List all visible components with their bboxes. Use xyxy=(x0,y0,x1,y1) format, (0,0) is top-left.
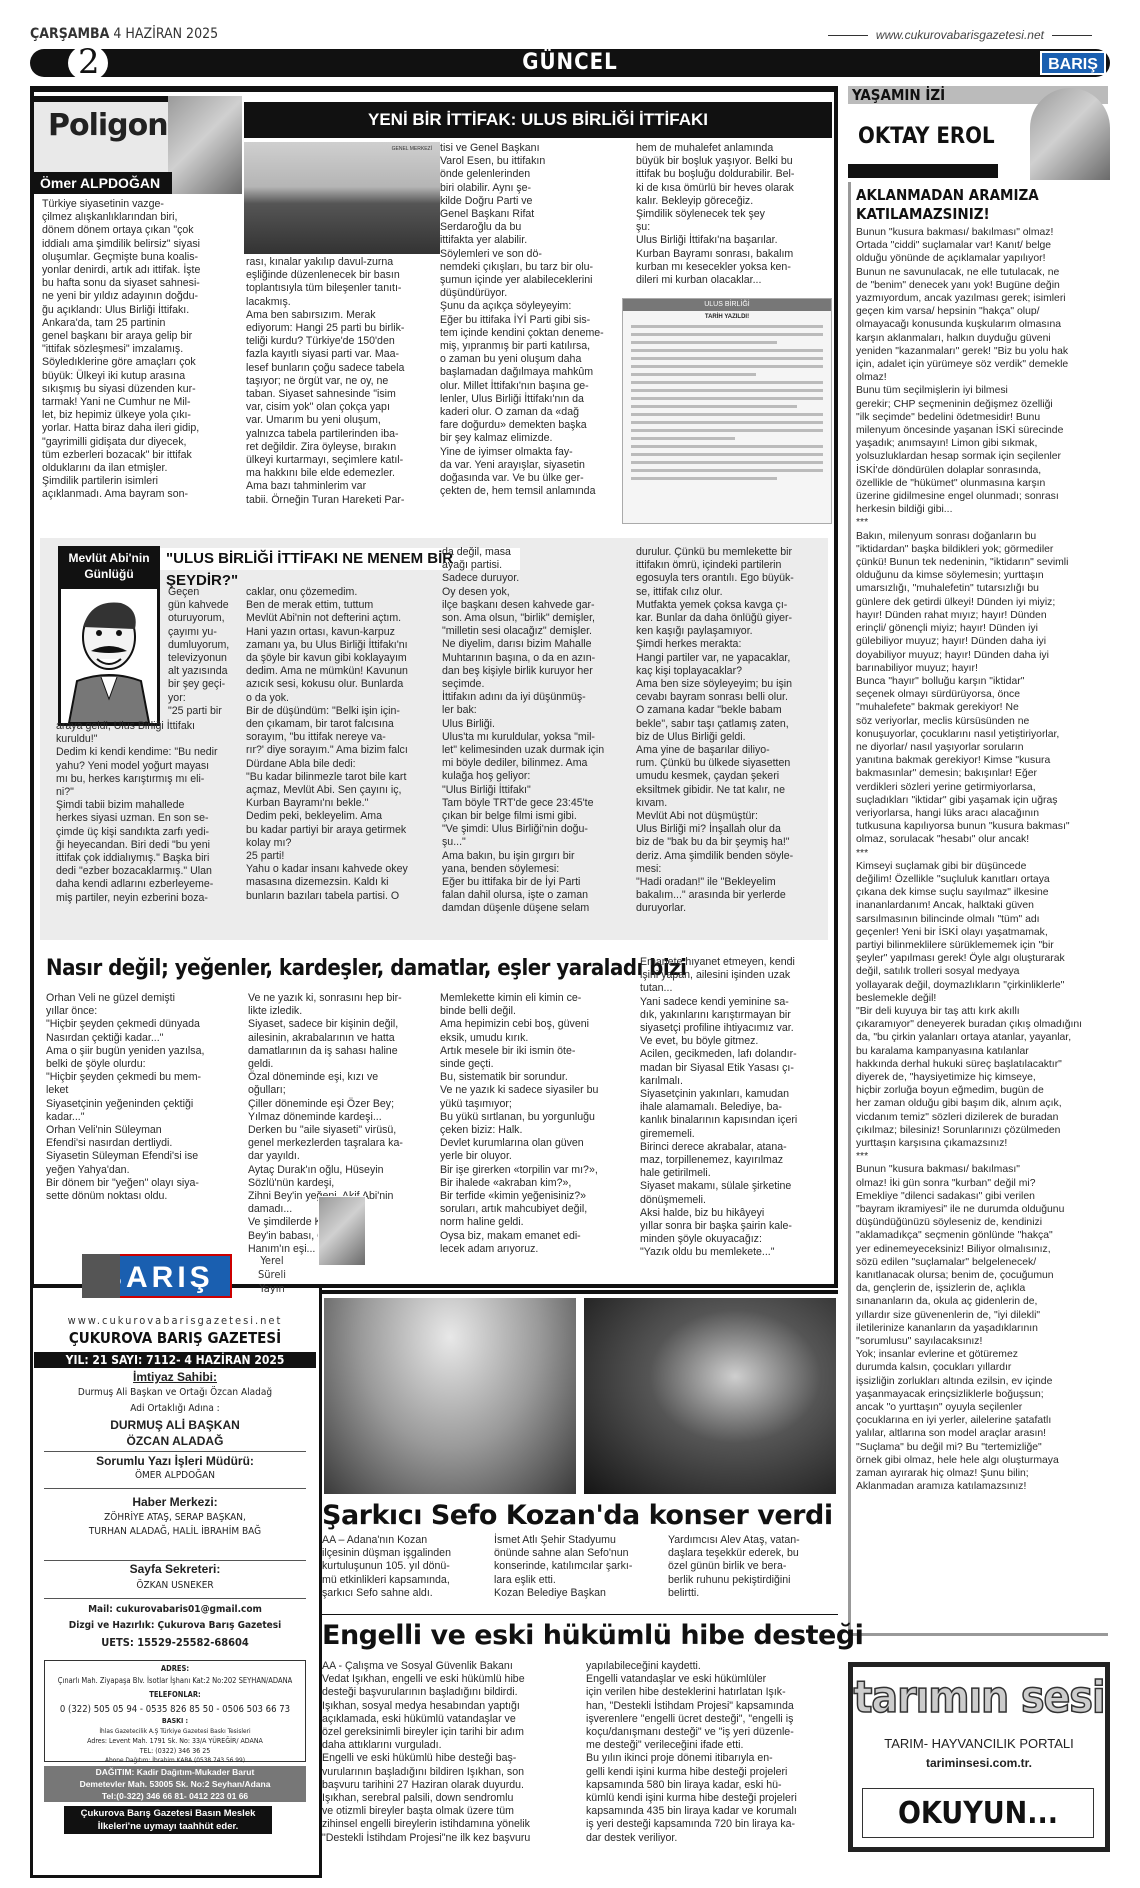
secretary-name: ÖZKAN USNEKER xyxy=(30,1580,320,1591)
divider xyxy=(44,1560,306,1561)
principles-banner: Çukurova Barış Gazetesi Basın Meslekİlke… xyxy=(64,1806,272,1834)
owner-line: Durmuş Ali Başkan ve Ortağı Özcan Aladağ xyxy=(30,1387,320,1398)
website-link[interactable]: www.cukurovabarisgazetesi.net xyxy=(30,1314,320,1327)
article-text: Türkiye siyasetinin vazge- çilmez alışka… xyxy=(42,198,240,502)
article-text: araya geldi, Ulus Birliği İttifakı kurul… xyxy=(56,720,252,905)
mail-link[interactable]: Mail: cukurovabaris01@gmail.com xyxy=(30,1604,320,1615)
article-text: Yardımcısı Alev Ataş, vatan- daşlara teş… xyxy=(668,1534,838,1600)
article-text: yapılabileceğini kaydetti. Engelli vatan… xyxy=(586,1660,838,1845)
politician-photo xyxy=(318,1196,366,1266)
news-names: ZÖHRİYE ATAŞ, SERAP BAŞKAN, xyxy=(30,1512,320,1523)
article-text: da değil, masa ayağı partisi. Sadece dur… xyxy=(442,546,638,916)
article-text: AA - Çalışma ve Sosyal Güvenlik Bakanı V… xyxy=(322,1660,574,1845)
secretary-label: Sayfa Sekreteri: xyxy=(30,1562,320,1576)
subscription: Abone Dağıtım: İbrahim KARA (0538 743 56… xyxy=(30,1756,320,1764)
cartoon-illustration xyxy=(58,586,160,726)
uets-code: UETS: 15529-25582-68604 xyxy=(30,1636,320,1649)
owner-label: İmtiyaz Sahibi: xyxy=(30,1370,320,1384)
author-bar xyxy=(848,164,998,178)
ad-subtitle: TARIM- HAYVANCILIK PORTALI xyxy=(852,1736,1106,1751)
owner-name: ÖZCAN ALADAĞ xyxy=(30,1434,320,1448)
article-headline: Nasır değil; yeğenler, kardeşler, damatl… xyxy=(46,956,686,981)
section-title: GÜNCEL xyxy=(0,50,1140,75)
divider xyxy=(44,1451,306,1452)
article-text: Memlekette kimin eli kimin ce- binde bel… xyxy=(440,992,636,1256)
concert-photo-2 xyxy=(584,1298,836,1494)
author-photo xyxy=(1030,88,1110,180)
print-address: Adres: Levent Mah. 1791 Sk. No: 33/A YÜR… xyxy=(30,1737,320,1745)
frame-top-rule xyxy=(30,86,838,92)
editor-label: Sorumlu Yazı İşleri Müdürü: xyxy=(30,1454,320,1468)
website-link[interactable]: www.cukurovabarisgazetesi.net xyxy=(820,28,1100,42)
document-title: ULUS BİRLİĞİ xyxy=(623,299,831,311)
mevlut-label: Mevlüt Abi'ninGünlüğü xyxy=(58,546,160,586)
divider xyxy=(322,1290,838,1294)
editor-name: ÖMER ALPDOĞAN xyxy=(30,1470,320,1481)
ad-cta[interactable]: OKUYUN... xyxy=(862,1788,1094,1838)
portrait-image xyxy=(82,1254,120,1298)
publication-type: Yerel Süreli Yayın xyxy=(258,1254,286,1296)
dizgi-info: Dizgi ve Hazırlık: Çukurova Barış Gazete… xyxy=(30,1620,320,1631)
baris-logo-small: BARIŞ xyxy=(1040,51,1106,75)
document-image: ULUS BİRLİĞİ TARİH YAZILDI! xyxy=(622,298,832,524)
news-names: TURHAN ALADAĞ, HALİL İBRAHİM BAĞ xyxy=(30,1526,320,1537)
owner-line: Adi Ortaklığı Adına : xyxy=(30,1403,320,1414)
address-label: ADRES: xyxy=(30,1664,320,1673)
article-headline: Şarkıcı Sefo Kozan'da konser verdi xyxy=(322,1500,833,1531)
article-text: hem de muhalefet anlamında büyük bir boş… xyxy=(636,142,832,287)
photo-caption: GENEL MERKEZİ xyxy=(392,146,432,152)
article-text: Emanete hıyanet etmeyen, kendi işini yap… xyxy=(640,956,836,1260)
group-photo: GENEL MERKEZİ xyxy=(244,142,440,254)
print-company: İhlas Gazetecilik A.Ş Türkiye Gazetesi B… xyxy=(30,1727,320,1735)
ad-title: tarımın sesi xyxy=(852,1672,1106,1723)
article-text: durulur. Çünkü bu memlekette bir ittifak… xyxy=(636,546,828,916)
news-label: Haber Merkezi: xyxy=(30,1495,320,1509)
divider xyxy=(322,1614,838,1615)
column-text: Bunun "kusura bakması/ bakılması" olmaz!… xyxy=(856,226,1112,1494)
column-name: Poligon xyxy=(48,108,168,143)
author-name: OKTAY EROL xyxy=(858,124,995,149)
concert-photo-1 xyxy=(324,1298,576,1494)
article-headline: Engelli ve eski hükümlü hibe desteği xyxy=(322,1620,863,1651)
print-label: BASKI : xyxy=(30,1717,320,1725)
divider xyxy=(44,1598,306,1599)
print-tel: TEL: (0322) 346 36 25 xyxy=(30,1747,320,1755)
article-text: İsmet Atlı Şehir Stadyumu önünde sahne a… xyxy=(494,1534,660,1600)
article-text: Orhan Veli ne güzel demişti yıllar önce:… xyxy=(46,992,232,1203)
article-headline: YENİ BİR İTTİFAK: ULUS BİRLİĞİ İTTİFAKI xyxy=(244,102,832,138)
author-photo xyxy=(168,96,242,194)
distribution-box: DAĞITIM: Kadir Dağıtım-Mukader BarutDeme… xyxy=(44,1766,306,1802)
issue-info: YIL: 21 SAYI: 7112- 4 HAZİRAN 2025 ÇARŞA… xyxy=(34,1352,316,1368)
owner-name: DURMUŞ ALİ BAŞKAN xyxy=(30,1418,320,1432)
divider xyxy=(44,1488,306,1489)
column-headline: AKLANMADAN ARAMIZAKATILAMAZSINIZ! xyxy=(856,186,1039,224)
newspaper-name: ÇUKUROVA BARIŞ GAZETESİ xyxy=(30,1329,320,1347)
article-text: rası, kınalar yakılıp davul-zurna eşliği… xyxy=(246,256,442,507)
document-subtitle: TARİH YAZILDI! xyxy=(623,314,831,320)
author-name: Ömer ALPDOĞAN xyxy=(34,172,172,194)
issue-date: ÇARŞAMBA 4 HAZİRAN 2025 xyxy=(30,26,218,42)
ad-url[interactable]: tariminsesi.com.tr. xyxy=(852,1756,1106,1770)
article-text: caklar, onu çözemedim. Ben de merak etti… xyxy=(246,586,442,903)
phones-label: TELEFONLAR: xyxy=(30,1690,320,1699)
article-text: AA – Adana'nın Kozan ilçesinin düşman iş… xyxy=(322,1534,488,1600)
article-text: tisi ve Genel Başkanı Varol Esen, bu itt… xyxy=(440,142,630,498)
phones: 0 (322) 505 05 94 - 0535 826 85 50 - 050… xyxy=(30,1704,320,1715)
address: Çınarlı Mah. Ziyapaşa Blv. İsotlar İşhan… xyxy=(30,1676,320,1685)
